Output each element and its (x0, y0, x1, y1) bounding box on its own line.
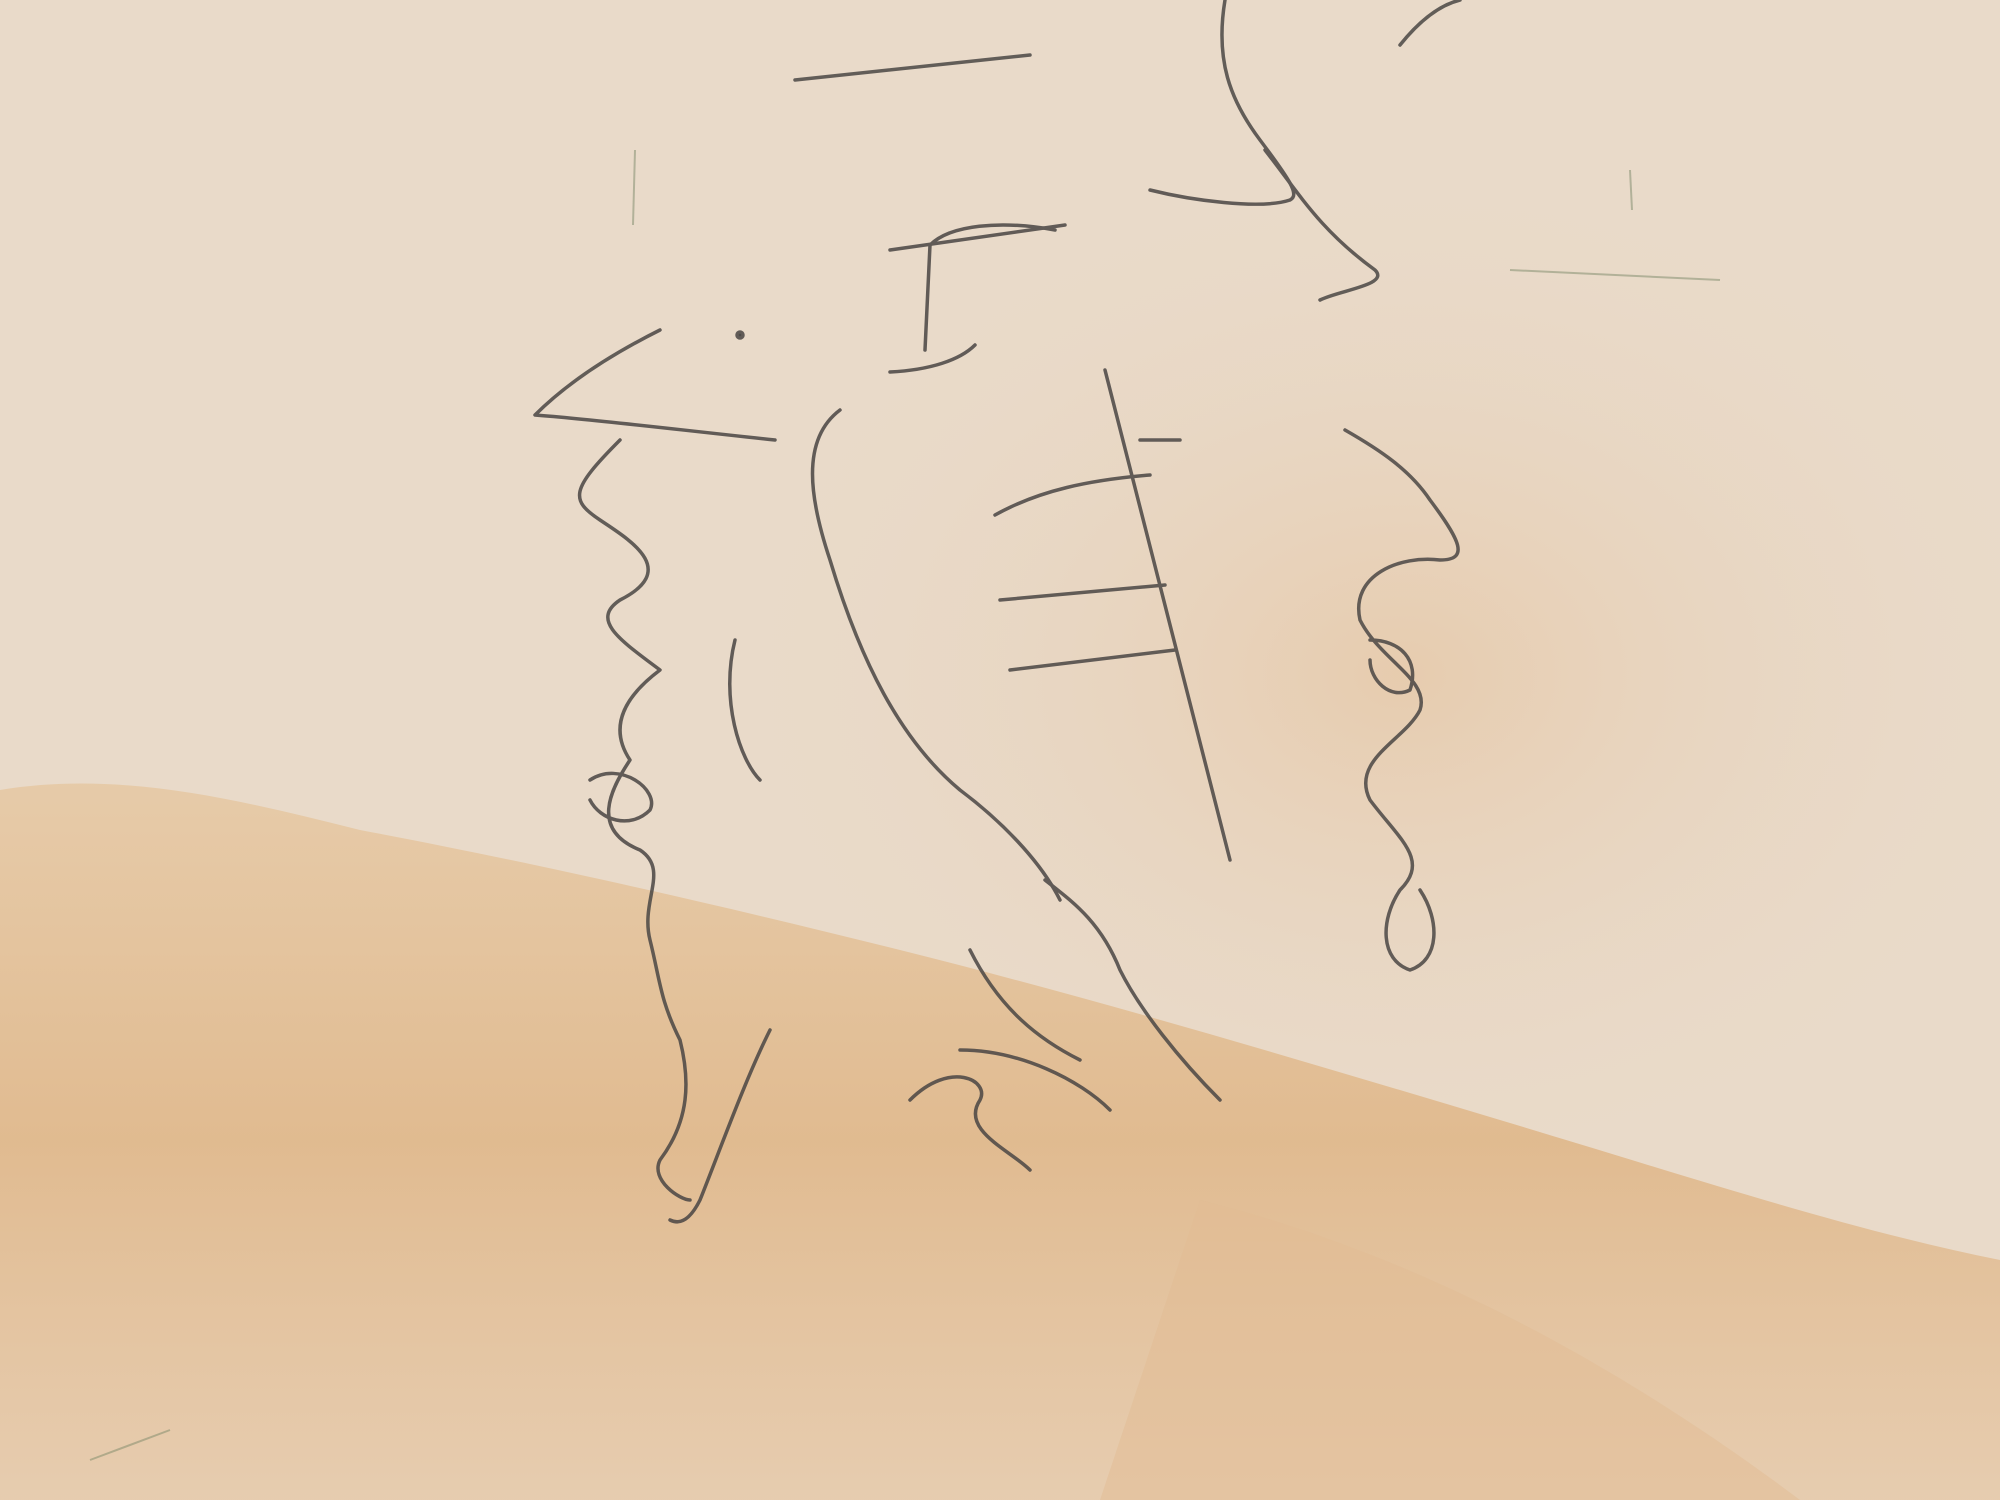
beak (535, 330, 775, 440)
right-curls (1345, 430, 1458, 970)
green-marks (90, 150, 1720, 1460)
pencil-sketch (0, 0, 2000, 1500)
top-stroke (795, 55, 1030, 80)
paper-background (0, 0, 2000, 1500)
body-curve (813, 410, 1061, 900)
